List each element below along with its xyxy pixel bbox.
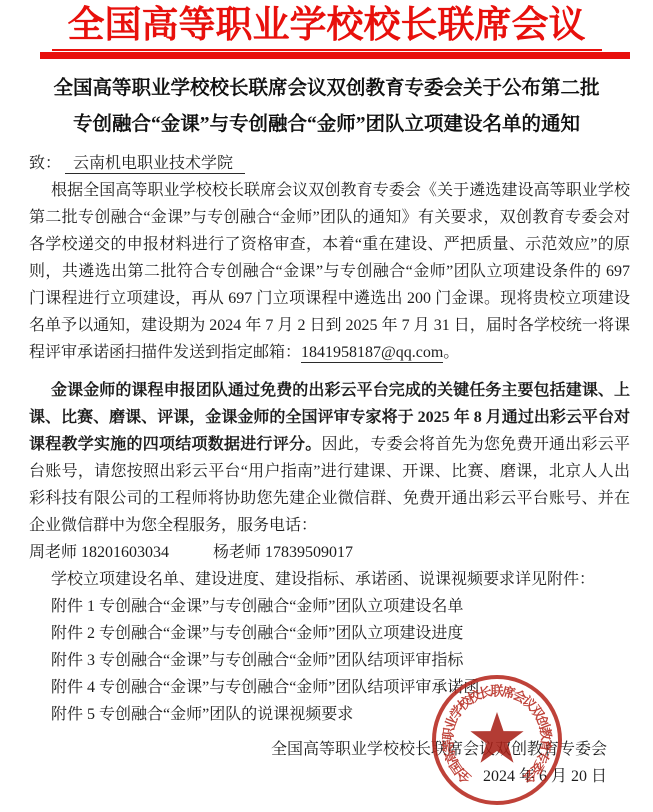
paragraph-1-text: 根据全国高等职业学校校长联席会议双创教育专委会《关于遴选建设高等职业学校第二批专…	[29, 182, 630, 361]
notice-body: 致： 云南机电职业技术学院 根据全国高等职业学校校长联席会议双创教育专委会《关于…	[29, 150, 630, 790]
attachment-item-5: 附件 5 专创融合“金师”团队的说课视频要求	[29, 701, 630, 728]
recipient-line: 致： 云南机电职业技术学院	[29, 150, 630, 177]
masthead-title: 全国高等职业学校校长联席会议	[52, 5, 602, 51]
signature-block: 全国高等职业学校校长联席会议双创教育专委会 2024 年 6 月 20 日	[29, 736, 607, 790]
paragraph-1: 根据全国高等职业学校校长联席会议双创教育专委会《关于遴选建设高等职业学校第二批专…	[29, 177, 630, 366]
attachment-item-2: 附件 2 专创融合“金课”与专创融合“金师”团队立项建设进度	[29, 620, 630, 647]
masthead: 全国高等职业学校校长联席会议	[0, 0, 653, 51]
attachment-item-1: 附件 1 专创融合“金课”与专创融合“金师”团队立项建设名单	[29, 593, 630, 620]
paragraph-1-period: 。	[443, 344, 459, 361]
email-link[interactable]: 1841958187@qq.com	[301, 344, 443, 363]
notice-title: 全国高等职业学校校长联席会议双创教育专委会关于公布第二批 专创融合“金课”与专创…	[0, 71, 653, 143]
notice-title-line-2: 专创融合“金课”与专创融合“金师”团队立项建设名单的通知	[0, 107, 653, 143]
attachment-item-3: 附件 3 专创融合“金课”与专创融合“金师”团队结项评审指标	[29, 647, 630, 674]
attachments-intro: 学校立项建设名单、建设进度、建设指标、承诺函、说课视频要求详见附件：	[29, 566, 630, 593]
notice-document-page: 全国高等职业学校校长联席会议 全国高等职业学校校长联席会议双创教育专委会关于公布…	[0, 0, 653, 812]
notice-title-line-1: 全国高等职业学校校长联席会议双创教育专委会关于公布第二批	[0, 71, 653, 107]
masthead-rule	[40, 52, 630, 59]
signature-date: 2024 年 6 月 20 日	[29, 763, 607, 790]
recipient-label: 致：	[29, 155, 61, 172]
signature-org: 全国高等职业学校校长联席会议双创教育专委会	[29, 736, 607, 763]
attachment-item-4: 附件 4 专创融合“金课”与专创融合“金师”团队结项评审承诺函	[29, 674, 630, 701]
contact-phone-2: 杨老师 17839509017	[213, 544, 353, 561]
contact-phone-1: 周老师 18201603034	[29, 544, 169, 561]
recipient-name: 云南机电职业技术学院	[65, 155, 245, 174]
contacts-line: 周老师 18201603034 杨老师 17839509017	[29, 539, 630, 566]
paragraph-2: 金课金师的课程申报团队通过免费的出彩云平台完成的关键任务主要包括建课、上课、比赛…	[29, 377, 630, 539]
